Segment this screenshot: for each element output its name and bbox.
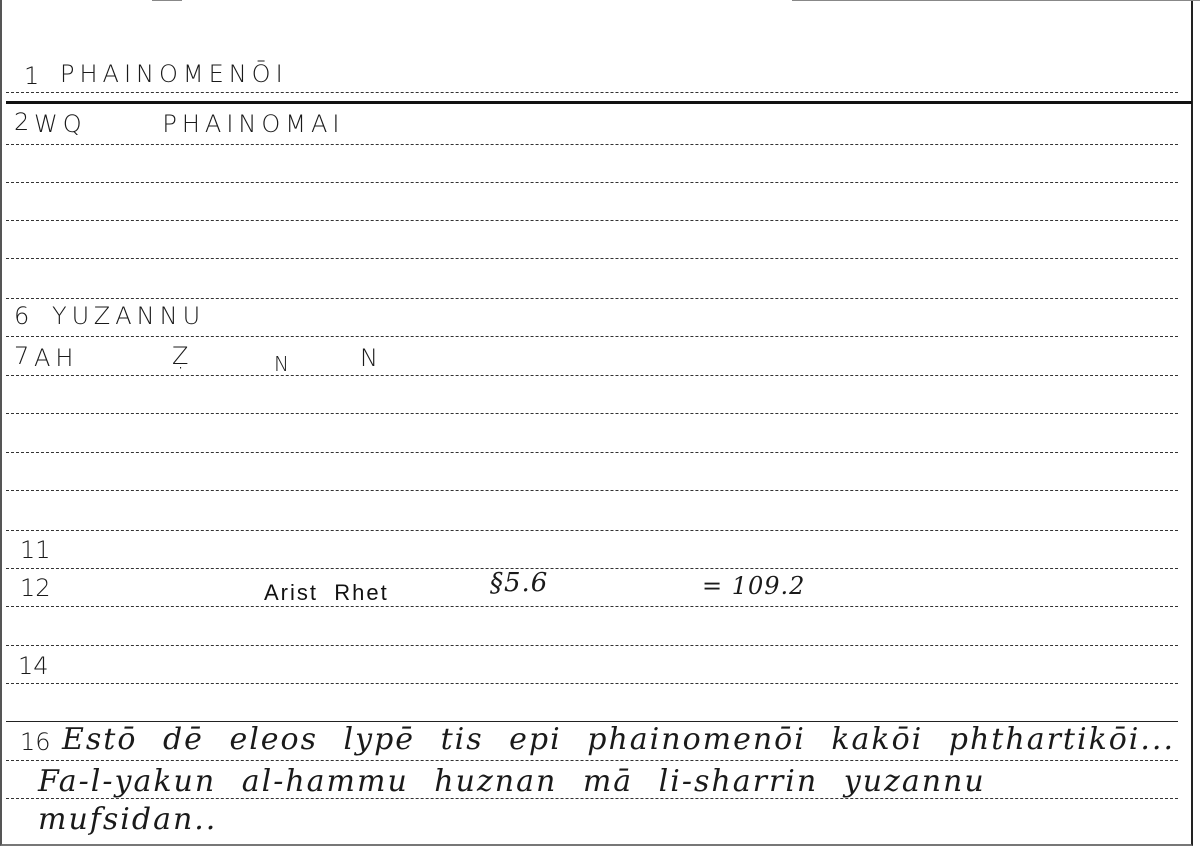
line-number: 2: [14, 108, 29, 136]
root-marker: N: [274, 352, 294, 376]
ruled-line: [6, 490, 1178, 491]
ruled-line: [6, 144, 1178, 145]
line-number: 7: [14, 342, 29, 370]
arabic-translation: Fa-l-yakun al-hammu huznan mā li-sharrin…: [38, 764, 986, 799]
index-card: 1 PHAINOMENŌI 2 WQ PHAINOMAI 6 YUZANNU 7…: [0, 0, 1193, 846]
source-reference: Arist Rhet: [264, 580, 389, 606]
heavy-rule: [6, 101, 1192, 104]
ruled-line: [6, 606, 1178, 607]
lemma-greek: WQ PHAINOMAI: [34, 110, 344, 138]
ruled-line: [6, 92, 1178, 93]
ruled-line: [6, 452, 1178, 453]
greek-quotation: Estō dē eleos lypē tis epi phainomenōi k…: [62, 722, 1175, 757]
root-marker: Ẓ: [172, 342, 193, 370]
ruled-line: [6, 336, 1178, 337]
root-letters: AH: [34, 344, 78, 372]
ruled-line: [6, 298, 1178, 299]
top-edge-mark: [792, 0, 1200, 1]
line-number: 14: [18, 652, 49, 680]
page-reference: = 109.2: [702, 572, 805, 600]
section-reference: §5.6: [490, 568, 548, 598]
line-number: 16: [20, 728, 51, 756]
line-number: 12: [20, 574, 51, 602]
arabic-translation-end: mufsidan..: [38, 802, 217, 837]
ruled-line: [6, 683, 1178, 684]
ruled-line: [6, 413, 1178, 414]
ruled-line: [6, 645, 1178, 646]
line-number: 1: [24, 62, 39, 90]
headword-greek: PHAINOMENŌI: [60, 60, 288, 88]
headword-arabic-translit: YUZANNU: [52, 302, 205, 330]
ruled-line: [6, 258, 1178, 259]
ruled-line: [6, 182, 1178, 183]
ruled-line: [6, 220, 1178, 221]
root-marker: N: [360, 344, 383, 372]
ruled-line: [6, 530, 1178, 531]
ruled-line: [6, 568, 1178, 569]
ruled-line: [6, 375, 1178, 376]
line-number: 6: [14, 302, 29, 330]
top-edge-mark: [152, 0, 182, 1]
ruled-line: [6, 760, 1178, 761]
line-number: 11: [20, 536, 51, 564]
